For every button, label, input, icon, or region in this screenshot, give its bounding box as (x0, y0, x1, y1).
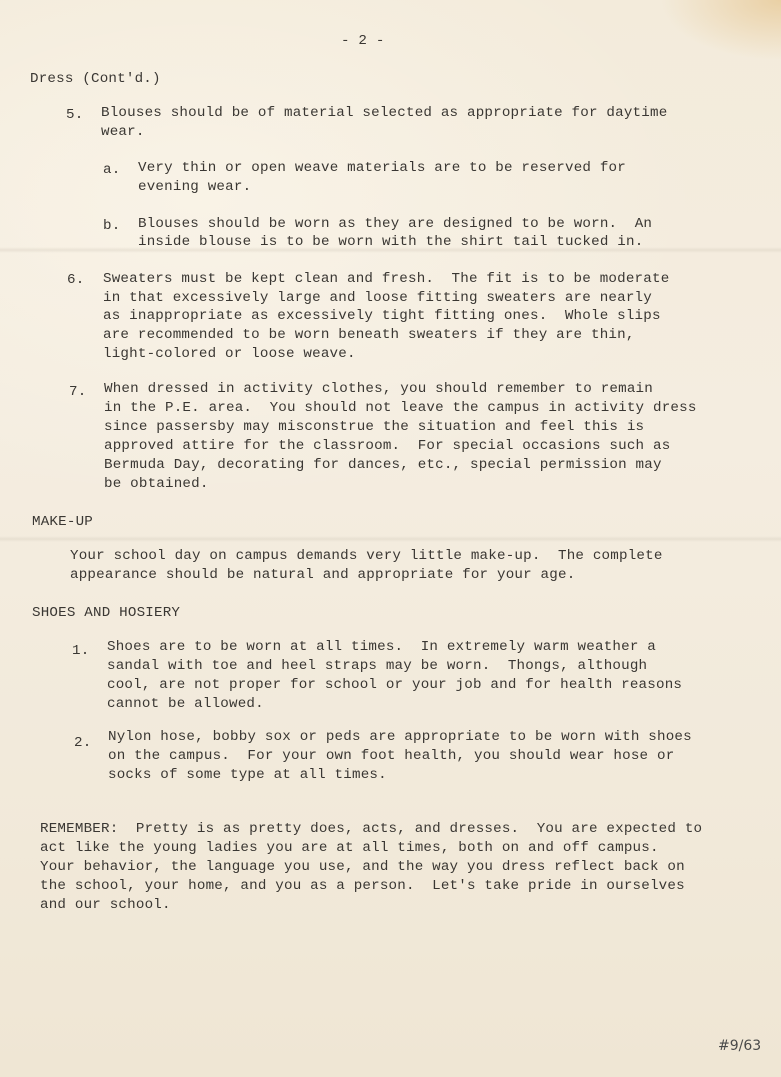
remember-line: Your behavior, the language you use, and… (40, 858, 685, 876)
subitem-line: Very thin or open weave materials are to… (138, 159, 626, 177)
item-line: Blouses should be of material selected a… (101, 104, 667, 122)
item-line: are recommended to be worn beneath sweat… (103, 326, 635, 344)
subitem-line: evening wear. (138, 178, 251, 196)
remember-line: the school, your home, and you as a pers… (40, 877, 685, 895)
subitem-letter: b. (103, 217, 120, 235)
item-line: socks of some type at all times. (108, 766, 387, 784)
document-code: #9/63 (718, 1037, 761, 1055)
item-number: 2. (74, 734, 91, 752)
item-line: Nylon hose, bobby sox or peds are approp… (108, 728, 692, 746)
item-line: When dressed in activity clothes, you sh… (104, 380, 653, 398)
item-number: 6. (67, 271, 84, 289)
document-page: - 2 - Dress (Cont'd.) 5. Blouses should … (0, 0, 781, 1077)
item-line: in the P.E. area. You should not leave t… (104, 399, 697, 417)
item-line: as inappropriate as excessively tight fi… (103, 307, 661, 325)
item-line: sandal with toe and heel straps may be w… (107, 657, 647, 675)
subitem-letter: a. (103, 161, 120, 179)
item-line: light-colored or loose weave. (103, 345, 356, 363)
item-line: on the campus. For your own foot health,… (108, 747, 674, 765)
section-heading-shoes: SHOES AND HOSIERY (32, 604, 180, 622)
item-number: 7. (69, 383, 86, 401)
item-line: since passersby may misconstrue the situ… (104, 418, 644, 436)
item-number: 5. (66, 106, 83, 124)
remember-line: act like the young ladies you are at all… (40, 839, 659, 857)
subitem-line: Blouses should be worn as they are desig… (138, 215, 652, 233)
item-line: approved attire for the classroom. For s… (104, 437, 670, 455)
section-heading-makeup: MAKE-UP (32, 513, 93, 531)
item-line: Sweaters must be kept clean and fresh. T… (103, 270, 669, 288)
remember-line: REMEMBER: Pretty is as pretty does, acts… (40, 820, 702, 838)
item-line: cannot be allowed. (107, 695, 264, 713)
section-heading-dress: Dress (Cont'd.) (30, 70, 161, 88)
paper-fold (0, 536, 781, 542)
item-number: 1. (72, 642, 89, 660)
item-line: wear. (101, 123, 145, 141)
page-number: - 2 - (341, 32, 385, 50)
item-line: be obtained. (104, 475, 209, 493)
item-line: in that excessively large and loose fitt… (103, 289, 652, 307)
item-line: Shoes are to be worn at all times. In ex… (107, 638, 656, 656)
remember-line: and our school. (40, 896, 171, 914)
subitem-line: inside blouse is to be worn with the shi… (138, 233, 643, 251)
item-line: cool, are not proper for school or your … (107, 676, 682, 694)
paragraph-line: Your school day on campus demands very l… (70, 547, 663, 565)
paragraph-line: appearance should be natural and appropr… (70, 566, 575, 584)
item-line: Bermuda Day, decorating for dances, etc.… (104, 456, 662, 474)
